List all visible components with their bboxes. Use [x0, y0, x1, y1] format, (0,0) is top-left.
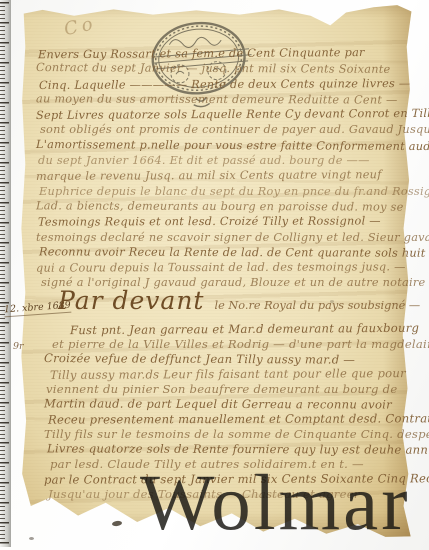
par-devant-rest: le No.re Royal du pays soubsigné — — [214, 299, 420, 312]
manuscript-line: Tesmoings Requis et ont lesd. Croizé Til… — [38, 214, 406, 231]
manuscript-line: Cinq. Laquelle ————— Rente de deux Cents… — [39, 76, 406, 93]
margin-mark: 9r — [13, 341, 24, 352]
manuscript-line: sont obligés ont promis de continuer de … — [40, 122, 406, 137]
manuscript-line: Tilly aussy mar.ds Leur fils faisant tan… — [50, 366, 410, 383]
document-photo: Co Envers Guy Rossart et sa fem.e de Cen… — [0, 0, 429, 550]
manuscript-line: Sept Livres quatorze sols Laquelle Rente… — [36, 106, 406, 123]
manuscript-line: Contract du sept Janvier — jusq. pnt mil… — [36, 60, 406, 77]
manuscript-line: Receu presentement manuellement et Compt… — [48, 411, 410, 427]
manuscript-line: Fust pnt. Jean garreau et Mar.d demeuran… — [70, 321, 410, 338]
manuscript-line: Martin daud. de part Lequel dit Gerreau … — [44, 396, 410, 412]
manuscript-line: Euphrice depuis le blanc du sept du Roy … — [39, 184, 406, 199]
manuscript-line: et pierre de la Ville Villes et Rodrig —… — [52, 337, 410, 352]
par-devant-heading: Par devantle No.re Royal du pays soubsig… — [58, 286, 420, 315]
manuscript-line: Livres quatorze sols de Rente fourniere … — [47, 441, 410, 457]
manuscript-line: tesmoings declaré ne scavoir signer de C… — [36, 230, 406, 245]
manuscript-block-1: Envers Guy Rossart et sa fem.e de Cent C… — [36, 46, 406, 291]
manuscript-line: Reconnu avoir Receu la Rente de lad. de … — [39, 244, 406, 261]
manuscript-line: qui a Couru depuis la Toussaint de lad. … — [36, 260, 406, 277]
manuscript-line: Lad. a biencts, demeurants au bourg en p… — [36, 198, 406, 215]
ink-blemish — [112, 520, 123, 526]
manuscript-line: L'amortissement p.nelle pour vous estre … — [36, 137, 406, 154]
measuring-ruler — [0, 0, 11, 547]
manuscript-line: viennent du pinier Son beaufrere demeura… — [46, 382, 410, 397]
ink-blemish — [29, 537, 34, 540]
manuscript-line: Tilly fils sur le tesmoins de la somme d… — [44, 427, 410, 442]
wolmar-watermark: Wolmar — [140, 464, 411, 543]
manuscript-line: marque le revenu Jusq. au mil six Cents … — [36, 167, 406, 184]
manuscript-line: du sept Janvier 1664. Et dit et passé au… — [38, 153, 406, 168]
par-devant-text: Par devant — [58, 286, 204, 315]
